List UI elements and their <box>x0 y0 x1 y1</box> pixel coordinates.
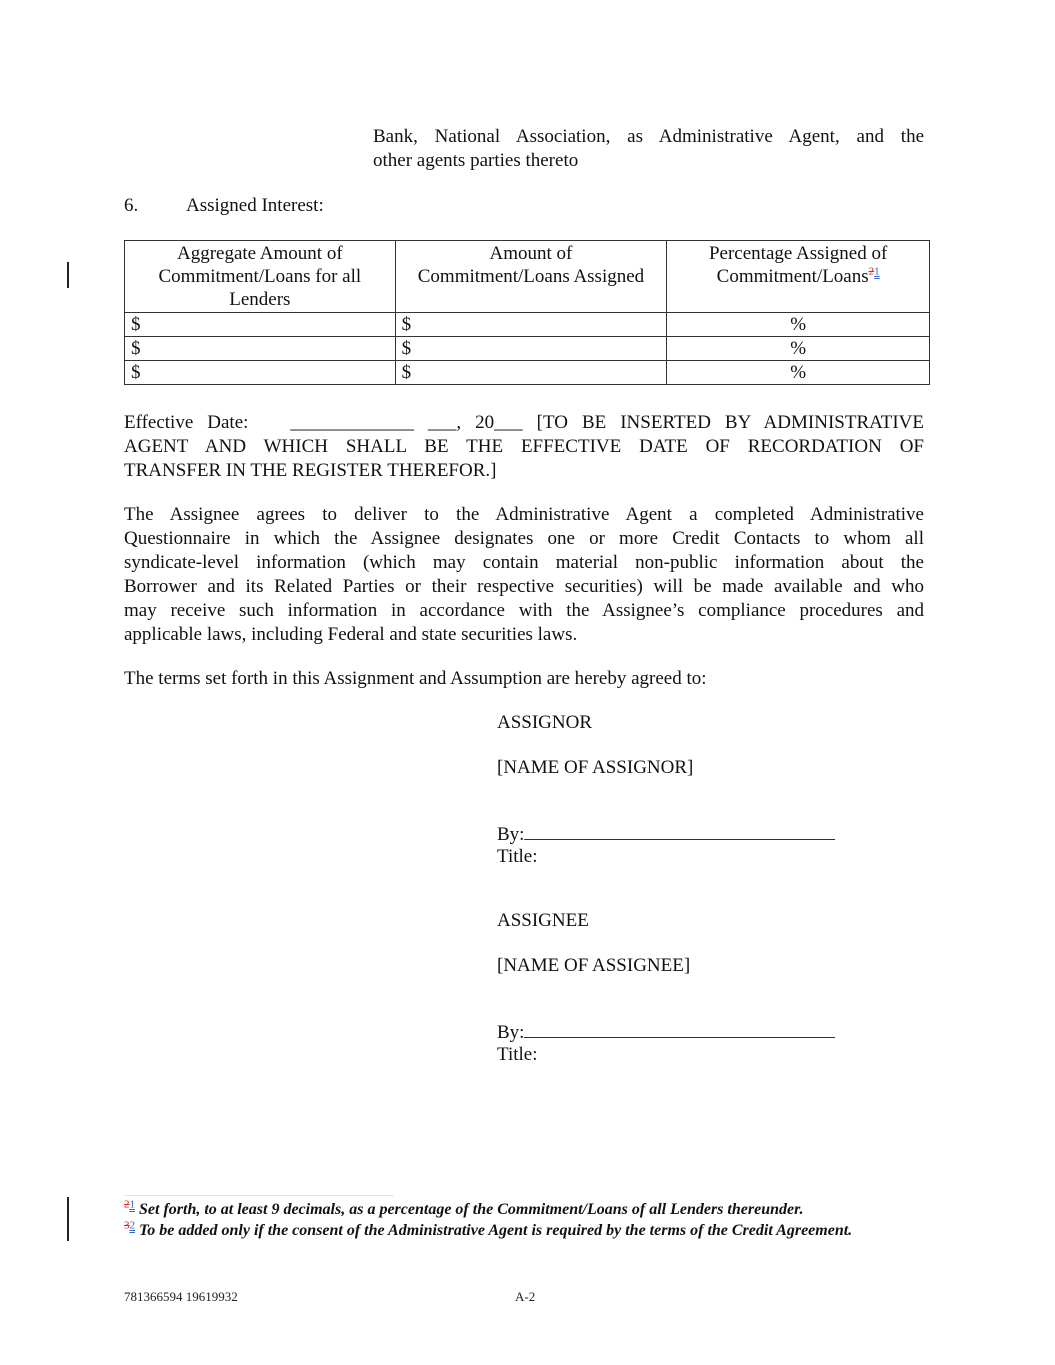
table-row: $ $ % <box>125 361 930 385</box>
document-id: 781366594 19619932 <box>124 1289 238 1305</box>
page-number: A-2 <box>515 1289 535 1305</box>
assignee-name: [NAME OF ASSIGNEE] <box>497 954 690 978</box>
effective-date-line1: Effective Date: _____________ ___, 20___… <box>124 411 924 435</box>
cell-aggregate: $ <box>125 361 396 385</box>
assignee-by: By: <box>497 1019 835 1045</box>
assignee-signature-line[interactable] <box>524 1019 835 1038</box>
cell-assigned: $ <box>395 337 667 361</box>
cell-assigned: $ <box>395 361 667 385</box>
change-bar <box>67 1197 69 1241</box>
footnote-1-marker: 21 <box>124 1199 135 1211</box>
cell-percentage: % <box>667 361 930 385</box>
assignee-role: ASSIGNEE <box>497 909 589 933</box>
header-aggregate-amount: Aggregate Amount of Commitment/Loans for… <box>125 241 396 313</box>
cell-percentage: % <box>667 337 930 361</box>
assigned-interest-table: Aggregate Amount of Commitment/Loans for… <box>124 240 930 385</box>
assignee-title: Title: <box>497 1043 538 1067</box>
effective-date-line3: TRANSFER IN THE REGISTER THEREFOR.] <box>124 459 496 483</box>
effective-date-line2: AGENT AND WHICH SHALL BE THE EFFECTIVE D… <box>124 435 924 459</box>
cell-aggregate: $ <box>125 313 396 337</box>
footnote-1: 21 Set forth, to at least 9 decimals, as… <box>124 1199 803 1220</box>
table-header-row: Aggregate Amount of Commitment/Loans for… <box>125 241 930 313</box>
change-bar <box>67 262 69 288</box>
assignor-name: [NAME OF ASSIGNOR] <box>497 756 693 780</box>
footnote-ref[interactable]: 21 <box>869 266 880 278</box>
table-row: $ $ % <box>125 337 930 361</box>
section-number: 6. <box>124 194 138 218</box>
assignor-signature-line[interactable] <box>524 821 835 840</box>
footnote-separator <box>124 1195 394 1196</box>
header-percentage-assigned: Percentage Assigned of Commitment/Loans2… <box>667 241 930 313</box>
assignee-paragraph: The Assignee agrees to deliver to the Ad… <box>124 503 924 647</box>
assignor-role: ASSIGNOR <box>497 711 592 735</box>
intro-continuation-line2: other agents parties thereto <box>373 149 578 173</box>
cell-aggregate: $ <box>125 337 396 361</box>
footnote-2: 32 To be added only if the consent of th… <box>124 1220 852 1241</box>
cell-percentage: % <box>667 313 930 337</box>
footnote-2-marker: 32 <box>124 1220 135 1232</box>
cell-assigned: $ <box>395 313 667 337</box>
section-label: Assigned Interest: <box>186 194 324 218</box>
header-amount-assigned: Amount of Commitment/Loans Assigned <box>395 241 667 313</box>
table-row: $ $ % <box>125 313 930 337</box>
assignor-by: By: <box>497 821 835 847</box>
assignor-title: Title: <box>497 845 538 869</box>
agreement-line: The terms set forth in this Assignment a… <box>124 667 707 691</box>
intro-continuation-line1: Bank, National Association, as Administr… <box>373 125 924 149</box>
